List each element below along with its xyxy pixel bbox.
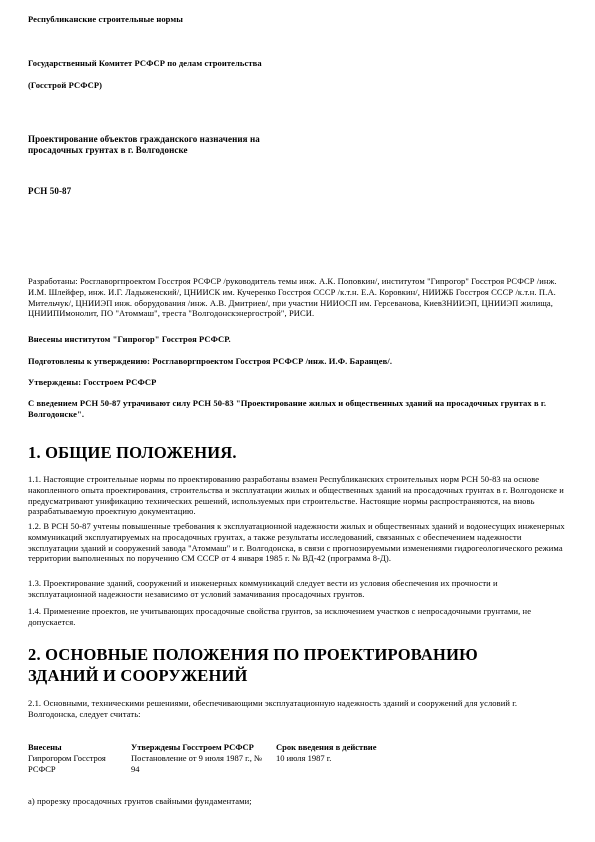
supersedes-paragraph: С введением РСН 50-87 утрачивают силу РС… <box>28 398 573 420</box>
approval-col3-header: Срок введения в действие <box>276 742 376 753</box>
paragraph-1-1: 1.1. Настоящие строительные нормы по про… <box>28 474 568 517</box>
approved-by-line: Утверждены: Госстроем РСФСР <box>28 377 573 388</box>
prepared-by-line: Подготовлены к утверждению: Росглаворгпр… <box>28 356 573 367</box>
committee-line: Государственный Комитет РСФСР по делам с… <box>28 58 262 69</box>
approval-col1-value: Гипрогором Госстроя РСФСР <box>28 753 128 775</box>
section1-heading: 1. ОБЩИЕ ПОЛОЖЕНИЯ. <box>28 442 237 463</box>
approval-col3-value: 10 июля 1987 г. <box>276 753 396 764</box>
paragraph-2-1: 2.1. Основными, техническими решениями, … <box>28 698 568 720</box>
document-page: Республиканские строительные нормы Госуд… <box>0 0 595 842</box>
norm-type-line: Республиканские строительные нормы <box>28 14 183 25</box>
approval-col2-value: Постановление от 9 июля 1987 г., № 94 <box>131 753 271 775</box>
document-number: РСН 50-87 <box>28 186 71 197</box>
approval-col2-header: Утверждены Госстроем РСФСР <box>131 742 254 753</box>
paragraph-1-3: 1.3. Проектирование зданий, сооружений и… <box>28 578 568 600</box>
section2-heading: 2. ОСНОВНЫЕ ПОЛОЖЕНИЯ ПО ПРОЕКТИРОВАНИЮ … <box>28 644 498 686</box>
document-title: Проектирование объектов гражданского наз… <box>28 134 280 156</box>
paragraph-1-2: 1.2. В РСН 50-87 учтены повышенные требо… <box>28 521 568 564</box>
submitted-by-line: Внесены институтом "Гипрогор" Госстроя Р… <box>28 334 573 345</box>
approval-col1-header: Внесены <box>28 742 62 753</box>
committee-short-line: (Госстрой РСФСР) <box>28 80 102 91</box>
list-item-a: а) прорезку просадочных грунтов свайными… <box>28 796 568 807</box>
paragraph-1-4: 1.4. Применение проектов, не учитывающих… <box>28 606 568 628</box>
developed-by-paragraph: Разработаны: Росглаворгпроектом Госстроя… <box>28 276 573 319</box>
